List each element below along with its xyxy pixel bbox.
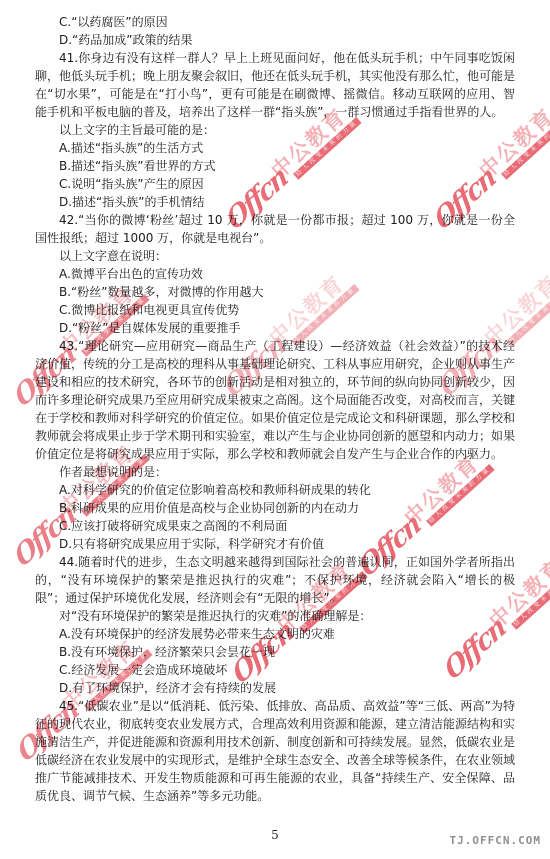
option-line: A.没有环境保护的经济发展势必带来生态文明的灾难 (35, 625, 515, 643)
document-page: Offcn 中公教育给人改变未来的力量 Offcn 中公教育给人改变未来的力量 … (0, 0, 550, 859)
option-line: A.微博平台出色的宣传功效 (35, 265, 515, 283)
page-footer: 5 TJ.OFFCN.COM (0, 828, 550, 850)
question-stem: 对“没有环境保护的繁荣是推迟执行的灾难”的准确理解是： (35, 607, 515, 625)
question-paragraph: 44.随着时代的进步，生态文明越来越得到国际社会的普遍认同，正如国外学者所指出的… (35, 553, 515, 607)
question-stem: 作者最想说明的是： (35, 463, 515, 481)
site-url: TJ.OFFCN.COM (450, 834, 541, 847)
option-line: D.只有将研究成果应用于实际，科学研究才有价值 (35, 535, 515, 553)
question-stem: 以上文字意在说明： (35, 247, 515, 265)
option-line: C.说明“指头族”产生的原因 (35, 175, 515, 193)
option-line: C.应该打破将研究成果束之高阁的不利局面 (35, 517, 515, 535)
exam-content: C.“以药腐医”的原因 D.“药品加成”政策的结果 41.你身边有没有这样一群人… (35, 13, 515, 805)
option-line: B.科研成果的应用价值是高校与企业协同创新的内在动力 (35, 499, 515, 517)
option-line: D.“药品加成”政策的结果 (35, 31, 515, 49)
option-line: C.微博比报纸和电视更具宣传优势 (35, 301, 515, 319)
question-paragraph: 43.“理论研究—应用研究—商品生产（工程建设）—经济效益（社会效益）”的技术经… (35, 337, 515, 463)
option-line: A.描述“指头族”的生活方式 (35, 139, 515, 157)
option-line: B.没有环境保护，经济繁荣只会昙花一现 (35, 643, 515, 661)
offcn-slogan: 给人改变未来的力量 (511, 567, 550, 630)
option-line: B.“粉丝”数量越多，对微博的作用越大 (35, 283, 515, 301)
option-line: D.有了环境保护，经济才会有持续的发展 (35, 679, 515, 697)
question-paragraph: 45.“低碳农业”是以“低消耗、低污染、低排放、高品质、高效益”等“三低、两高”… (35, 697, 515, 805)
question-paragraph: 41.你身边有没有这样一群人？早上上班见面问好，他在低头玩手机；中午同事吃饭闲聊… (35, 49, 515, 121)
option-line: C.“以药腐医”的原因 (35, 13, 515, 31)
option-line: A.对科学研究的价值定位影响着高校和教师科研成果的转化 (35, 481, 515, 499)
option-line: B.描述“指头族”看世界的方式 (35, 157, 515, 175)
option-line: D.描述“指头族”的手机情结 (35, 193, 515, 211)
question-stem: 以上文字的主旨最可能的是： (35, 121, 515, 139)
page-number: 5 (35, 828, 515, 842)
question-paragraph: 42.“当你的微博‘粉丝’超过 10 万，你就是一份都市报；超过 100 万，你… (35, 211, 515, 247)
option-line: D.“粉丝”是自媒体发展的重要推手 (35, 319, 515, 337)
option-line: C.经济发展一定会造成环境破坏 (35, 661, 515, 679)
